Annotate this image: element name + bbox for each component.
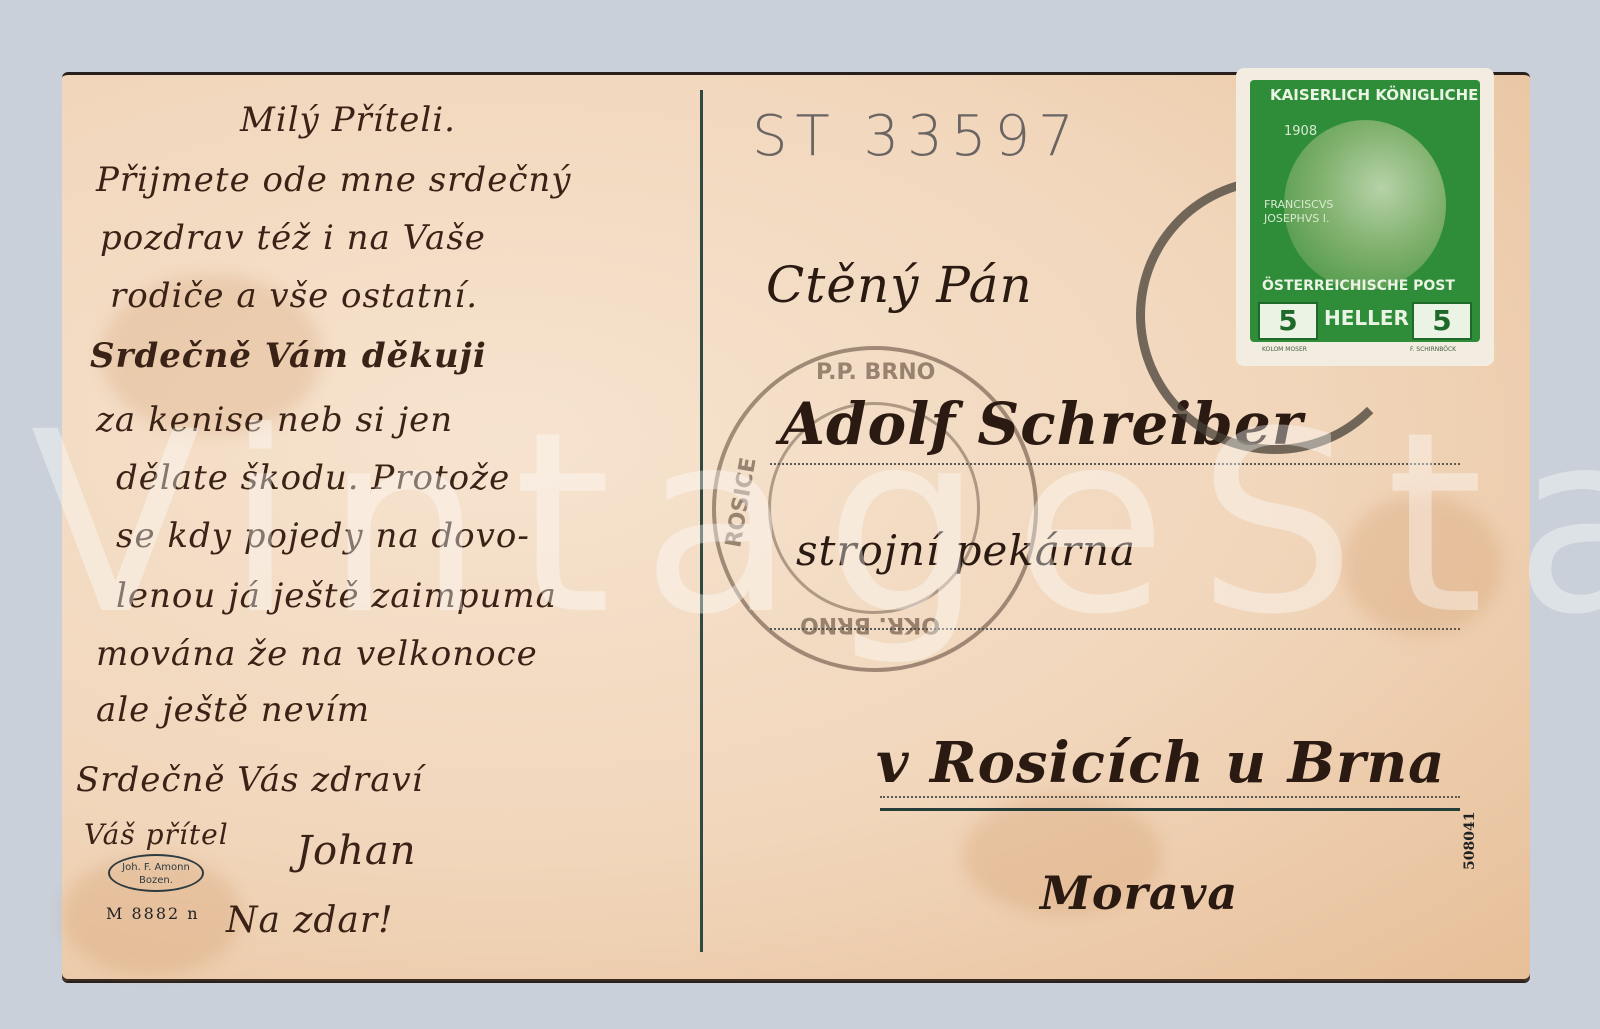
stamp-value-left: 5 (1258, 302, 1318, 340)
stamp-inscription-bottom: ÖSTERREICHISCHE POST (1262, 278, 1455, 294)
catalog-number: M 8882 n (106, 904, 200, 923)
message-closing: Váš přítel (84, 818, 229, 851)
address-city: v Rosicích u Brna (876, 730, 1445, 796)
inventory-mark: ST 33597 (752, 104, 1082, 169)
publisher-city: Bozen. (110, 874, 202, 887)
message-signature: Johan (296, 828, 417, 874)
serial-number: 508041 (1462, 812, 1478, 870)
stamp-designer-right: F. SCHIRNBÖCK (1410, 346, 1456, 353)
stamp-inscription-top: KAISERLICH KÖNIGLICHE (1270, 86, 1478, 104)
publisher-logo: Joh. F. Amonn Bozen. (108, 854, 204, 892)
message-greeting: Milý Příteli. (240, 100, 456, 140)
message-line: rodiče a vše ostatní. (110, 276, 478, 316)
address-underline (880, 808, 1460, 811)
message-line: pozdrav též i na Vaše (100, 218, 486, 258)
stamp-year: 1908 (1284, 124, 1317, 139)
address-salutation: Ctěný Pán (766, 256, 1033, 314)
watermark: VintageStamps (30, 378, 1600, 669)
stamp-designer-left: KOLOM MOSER (1262, 346, 1307, 353)
publisher-name: Joh. F. Amonn (110, 861, 202, 874)
message-line: Srdečně Vás zdraví (76, 760, 424, 800)
message-line: Přijmete ode mne srdečný (96, 160, 571, 200)
stamp-face: KAISERLICH KÖNIGLICHE ÖSTERREICHISCHE PO… (1250, 80, 1480, 342)
stamp-portrait-name: FRANCISCVS JOSEPHVS I. (1264, 198, 1334, 226)
stamp-value-right: 5 (1412, 302, 1472, 340)
postage-stamp: KAISERLICH KÖNIGLICHE ÖSTERREICHISCHE PO… (1240, 72, 1490, 362)
message-line: Srdečně Vám děkuji (90, 336, 487, 376)
address-region: Morava (1040, 866, 1238, 920)
stamp-currency: HELLER (1324, 306, 1406, 330)
message-farewell: Na zdar! (226, 900, 394, 941)
address-line (880, 796, 1460, 798)
message-line: ale ještě nevím (96, 690, 370, 730)
